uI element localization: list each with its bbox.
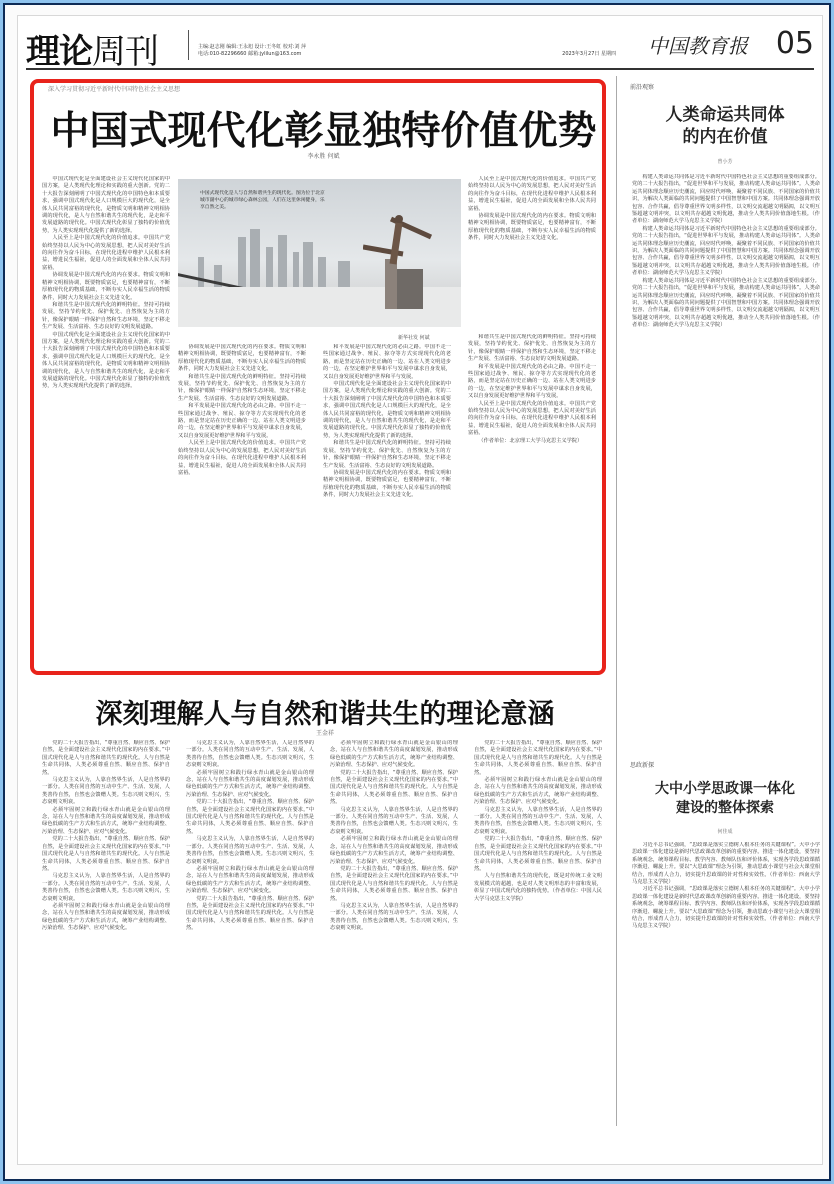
masthead: 理论周刊 主编:赵志刚 编辑:王永旭 设计:王冬虹 校对:刘 萍 电话:010-…	[26, 22, 814, 68]
masthead-divider	[188, 30, 189, 60]
sidebar-article-1-body: 构建人类命运共同体是习近平新时代中国特色社会主义思想的重要组成部分。党的二十大报…	[632, 174, 820, 732]
contact-info: 电话:010-82296660 邮箱:jylilun@163.com	[198, 51, 348, 58]
sculpture-figure	[363, 209, 433, 309]
main-article-column-2: 协调发展是中国式现代化的内在要求。物质文明和精神文明相协调，既要物质富足，也要精…	[178, 344, 306, 666]
main-article-headline: 中国式现代化彰显独特价值优势	[46, 100, 601, 156]
main-article-column-3: 和平发展是中国式现代化的必由之路。中国不走一些国家通过战争、殖民、掠夺等方式实现…	[323, 344, 451, 666]
sidebar-article-2-headline: 大中小学思政课一体化 建设的整体探索	[630, 780, 820, 818]
article-photo: 中国式现代化是人与自然和谐共生的现代化。图为位于北京城市副中心的城市绿心森林公园…	[178, 179, 461, 327]
section-title-light: 周刊	[92, 32, 158, 72]
second-article-column-4: 党的二十大报告指出，“尊重自然、顺应自然、保护自然，是全面建设社会主义现代化国家…	[474, 740, 602, 1102]
main-article-column-4-top: 人民至上是中国式现代化的价值追求。中国共产党始终坚持以人民为中心的发展思想，把人…	[468, 176, 596, 331]
main-article-byline: 李永胜 何斌	[46, 151, 601, 160]
second-article-byline: 王金祥	[40, 728, 610, 737]
sidebar-article-2-body: 习近平总书记强调，“思政课是落实立德树人根本任务的关键课程”。大中小学思政课一体…	[632, 842, 820, 1160]
second-article-headline: 深刻理解人与自然和谐共生的理论意涵	[40, 692, 610, 731]
editorial-info: 主编:赵志刚 编辑:王永旭 设计:王冬虹 校对:刘 萍 电话:010-82296…	[198, 44, 348, 58]
issue-date: 2023年3月27日 星期四	[562, 50, 616, 57]
second-article-column-3: 必须牢固树立和践行绿水青山就是金山银山的理念，站在人与自然和谐共生的高度谋划发展…	[330, 740, 458, 1155]
newspaper-logo: 中国教育报	[648, 30, 748, 59]
sidebar-article-2-kicker: 思政新探	[630, 760, 654, 769]
page-number: 05	[776, 26, 814, 61]
section-title: 理论周刊	[26, 24, 158, 73]
sidebar-article-2-byline: 何佳成	[630, 828, 820, 835]
editor-credits: 主编:赵志刚 编辑:王永旭 设计:王冬虹 校对:刘 萍	[198, 44, 348, 51]
section-title-bold: 理论	[26, 32, 92, 72]
sidebar-article-1-kicker: 前沿观察	[630, 82, 654, 91]
photo-caption: 中国式现代化是人与自然和谐共生的现代化。图为位于北京城市副中心的城市绿心森林公园…	[200, 191, 328, 211]
sidebar-article-1-byline: 曾小芳	[630, 158, 820, 165]
document-viewer-frame: 理论周刊 主编:赵志刚 编辑:王永旭 设计:王冬虹 校对:刘 萍 电话:010-…	[3, 3, 831, 1181]
main-article-column-4: 和谐共生是中国式现代化的鲜明特征。坚持可持续发展，坚持节约优先、保护优先、自然恢…	[468, 334, 596, 666]
main-article-column-1: 中国式现代化是全面建设社会主义现代化国家的中国方案，是人类现代化理论和实践的重大…	[42, 176, 170, 666]
second-article-column-2: 马克思主义认为，人靠自然界生活，人是自然界的一部分。人类在同自然的互动中生产、生…	[186, 740, 314, 1155]
main-article-kicker: 深入学习贯彻习近平新时代中国特色社会主义思想	[48, 84, 180, 93]
second-article-column-1: 党的二十大报告指出，“尊重自然、顺应自然、保护自然，是全面建设社会主义现代化国家…	[42, 740, 170, 1155]
sidebar-divider	[616, 76, 617, 1126]
newspaper-page: 理论周刊 主编:赵志刚 编辑:王永旭 设计:王冬虹 校对:刘 萍 电话:010-…	[17, 15, 823, 1165]
photo-credit: 新华社发 何斌	[398, 334, 430, 341]
sidebar-article-1-headline: 人类命运共同体 的内在价值	[630, 104, 820, 148]
masthead-rule	[26, 68, 814, 70]
